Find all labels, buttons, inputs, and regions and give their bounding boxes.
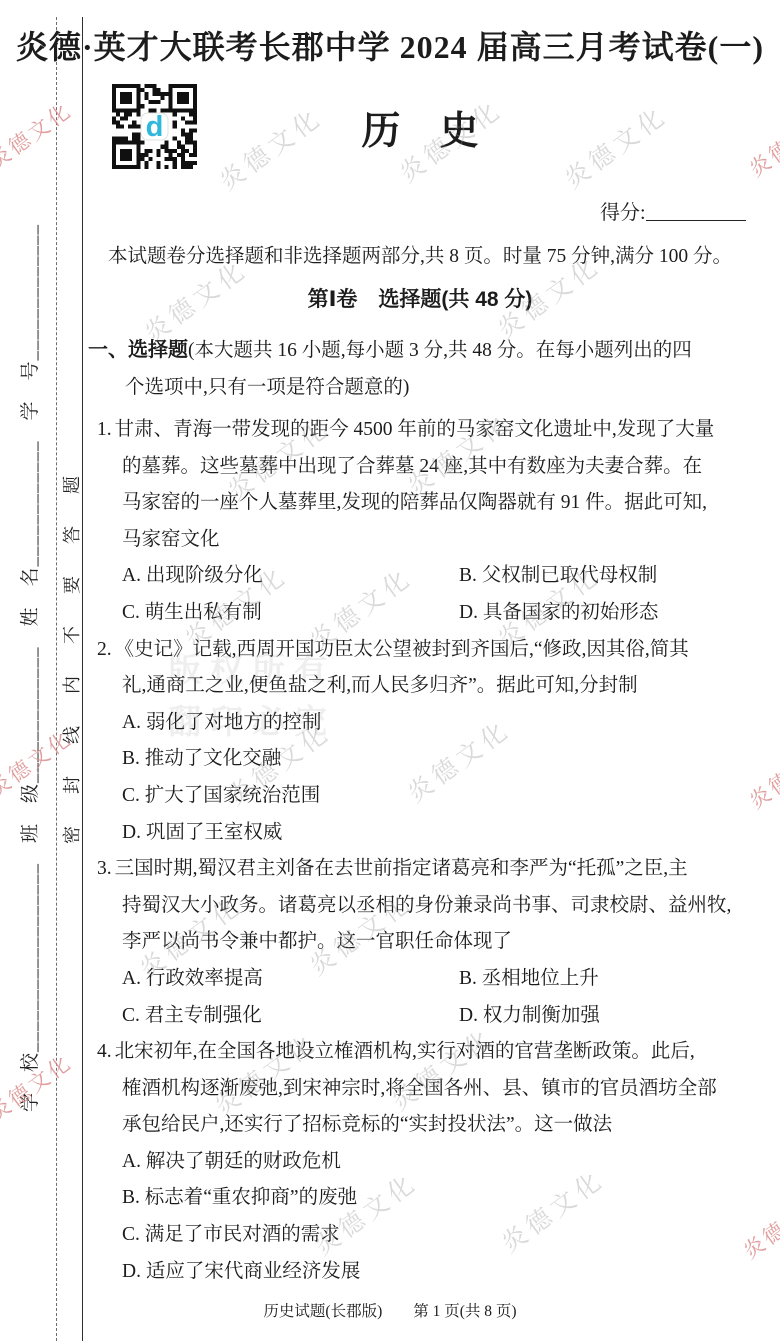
option: C. 萌生出私有制: [122, 595, 459, 632]
section-heading: 第Ⅰ卷 选择题(共 48 分): [97, 283, 743, 313]
question-number: 4.: [97, 1041, 112, 1062]
option: B. 父权制已取代母权制: [459, 558, 747, 595]
question-3: 3.三国时期,蜀汉君主刘备在去世前指定诸葛亮和李严为“托孤”之臣,主 持蜀汉大小…: [97, 851, 747, 1034]
edge-watermark: 炎德文化: [0, 95, 78, 176]
question-options: A. 出现阶级分化B. 父权制已取代母权制C. 萌生出私有制D. 具备国家的初始…: [97, 558, 747, 631]
exam-instructions: 本试题卷分选择题和非选择题两部分,共 8 页。时量 75 分钟,满分 100 分…: [97, 240, 743, 268]
student-info-fields: 学 校__________________ 班 级_____________ 姓…: [15, 224, 57, 1112]
question-text: 北宋初年,在全国各地设立榷酒机构,实行对酒的官营垄断政策。此后, 榷酒机构逐渐废…: [115, 1041, 717, 1135]
score-field: 得分:: [600, 196, 746, 225]
option: B. 丞相地位上升: [459, 961, 747, 998]
question-stem: 2.《史记》记载,西周开国功臣太公望被封到齐国后,“修政,因其俗,简其 礼,通商…: [97, 632, 747, 705]
option: A. 解决了朝廷的财政危机: [122, 1144, 747, 1181]
option: D. 巩固了王室权威: [122, 815, 747, 852]
option: B. 推动了文化交融: [122, 741, 747, 778]
option: D. 适应了宋代商业经济发展: [122, 1254, 747, 1291]
question-stem: 4.北宋初年,在全国各地设立榷酒机构,实行对酒的官营垄断政策。此后, 榷酒机构逐…: [97, 1034, 747, 1144]
exam-paper-page: 学 校__________________ 班 级_____________ 姓…: [0, 0, 780, 1341]
question-stem: 3.三国时期,蜀汉君主刘备在去世前指定诸葛亮和李严为“托孤”之臣,主 持蜀汉大小…: [97, 851, 747, 961]
score-label: 得分:: [600, 202, 646, 224]
option: C. 扩大了国家统治范围: [122, 778, 747, 815]
edge-watermark: 炎德文化: [742, 103, 780, 184]
question-number: 3.: [97, 858, 112, 879]
score-blank-line: [646, 219, 746, 221]
option: D. 具备国家的初始形态: [459, 595, 747, 632]
question-options: A. 解决了朝廷的财政危机B. 标志着“重农抑商”的废弛C. 满足了市民对酒的需…: [97, 1144, 747, 1290]
question-4: 4.北宋初年,在全国各地设立榷酒机构,实行对酒的官营垄断政策。此后, 榷酒机构逐…: [97, 1034, 747, 1290]
question-number: 1.: [97, 419, 112, 440]
part-heading-title: 一、选择题: [88, 339, 188, 361]
option: C. 君主专制强化: [122, 998, 459, 1035]
exam-title: 炎德·英才大联考长郡中学 2024 届高三月考试卷(一): [0, 22, 780, 68]
option: A. 行政效率提高: [122, 961, 459, 998]
question-text: 甘肃、青海一带发现的距今 4500 年前的马家窑文化遗址中,发现了大量 的墓葬。…: [115, 419, 715, 550]
option: A. 弱化了对地方的控制: [122, 705, 747, 742]
subject-title: 历 史: [97, 100, 743, 156]
question-stem: 1.甘肃、青海一带发现的距今 4500 年前的马家窑文化遗址中,发现了大量 的墓…: [97, 412, 747, 558]
option: A. 出现阶级分化: [122, 558, 459, 595]
option: C. 满足了市民对酒的需求: [122, 1217, 747, 1254]
seal-line-text: 密 封 线 内 不 要 答 题: [58, 469, 92, 844]
part-heading-note: (本大题共 16 小题,每小题 3 分,共 48 分。在每小题列出的四 个选项中…: [125, 340, 692, 398]
question-options: A. 行政效率提高B. 丞相地位上升C. 君主专制强化D. 权力制衡加强: [97, 961, 747, 1034]
question-text: 《史记》记载,西周开国功臣太公望被封到齐国后,“修政,因其俗,简其 礼,通商工之…: [115, 639, 689, 697]
question-1: 1.甘肃、青海一带发现的距今 4500 年前的马家窑文化遗址中,发现了大量 的墓…: [97, 412, 747, 632]
option: D. 权力制衡加强: [459, 998, 747, 1035]
page-footer: 历史试题(长郡版) 第 1 页(共 8 页): [0, 1299, 780, 1321]
question-2: 2.《史记》记载,西周开国功臣太公望被封到齐国后,“修政,因其俗,简其 礼,通商…: [97, 632, 747, 852]
option: B. 标志着“重农抑商”的废弛: [122, 1180, 747, 1217]
questions-list: 1.甘肃、青海一带发现的距今 4500 年前的马家窑文化遗址中,发现了大量 的墓…: [97, 412, 747, 1290]
part-heading: 一、选择题(本大题共 16 小题,每小题 3 分,共 48 分。在每小题列出的四…: [88, 332, 780, 406]
question-options: A. 弱化了对地方的控制B. 推动了文化交融C. 扩大了国家统治范围D. 巩固了…: [97, 705, 747, 851]
question-text: 三国时期,蜀汉君主刘备在去世前指定诸葛亮和李严为“托孤”之臣,主 持蜀汉大小政务…: [115, 858, 732, 952]
edge-watermark: 炎德文化: [742, 735, 780, 816]
question-number: 2.: [97, 639, 112, 660]
